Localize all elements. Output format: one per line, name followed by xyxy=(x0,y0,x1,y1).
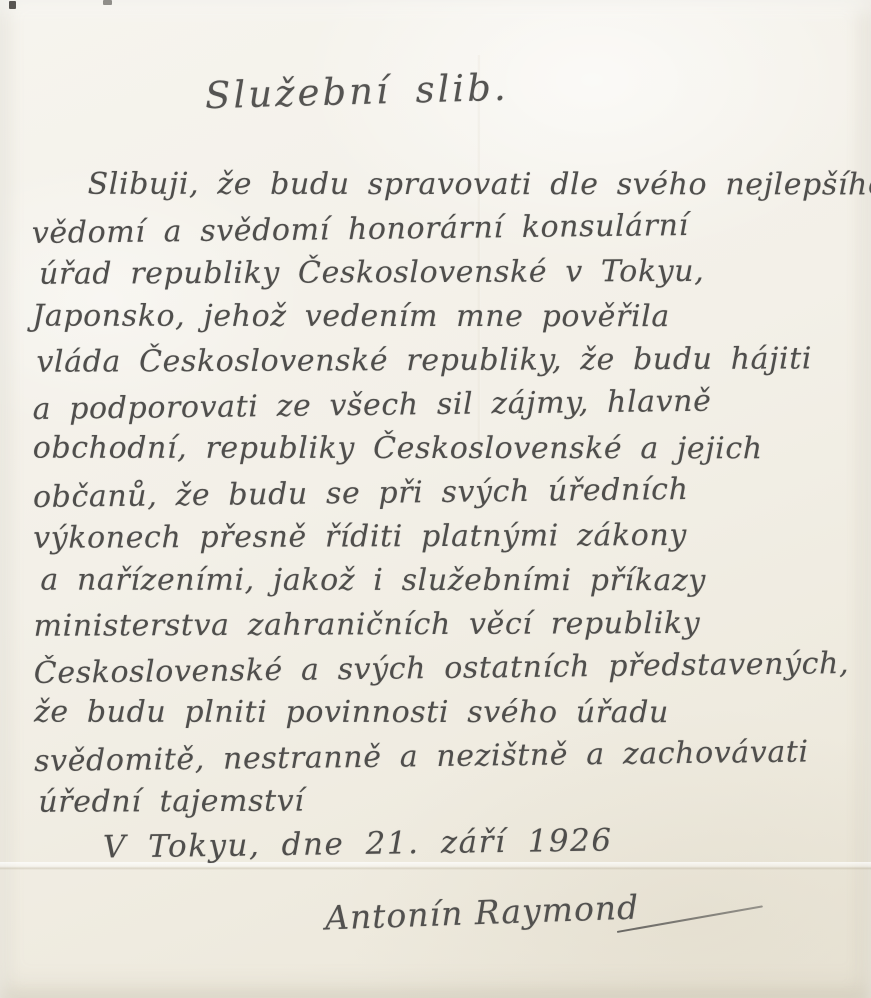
signature: Antonín Raymond xyxy=(324,888,639,938)
handwritten-line: Slibuji, že budu spravovati dle svého ne… xyxy=(32,163,847,208)
handwritten-line: vědomí a svědomí honorární konsulární xyxy=(32,202,847,256)
handwritten-line: úřední tajemství xyxy=(38,777,849,825)
handwritten-line: svědomitě, nestranně a nezištně a zachov… xyxy=(34,730,849,784)
handwritten-line: Japonsko, jehož vedením mne pověřila xyxy=(32,295,847,340)
handwritten-line: vláda Československé republiky, že budu … xyxy=(36,337,847,385)
letter-body: Slibuji, že budu spravovati dle svého ne… xyxy=(32,161,850,825)
handwritten-line: úřad republiky Československé v Tokyu, xyxy=(39,249,847,297)
scanned-letter-page: Služební slib. Slibuji, že budu spravova… xyxy=(0,0,871,998)
document-title: Služební slib. xyxy=(204,66,509,117)
handwritten-line: občanů, že budu se při svých úředních xyxy=(33,466,848,520)
handwritten-line: obchodní, republiky Československé a jej… xyxy=(33,427,848,472)
scan-speck xyxy=(103,0,112,5)
handwritten-line: výkonech přesně říditi platnými zákony xyxy=(33,513,848,561)
handwritten-line: Československé a svých ostatních předsta… xyxy=(34,642,849,696)
date-line: V Tokyu, dne 21. září 1926 xyxy=(103,822,613,865)
handwritten-line: ministerstva zahraničních věcí republiky xyxy=(33,601,848,649)
signature-block: Antonín Raymond xyxy=(325,893,639,932)
scan-speck xyxy=(9,1,16,9)
handwritten-line: a nařízeními, jakož i služebními příkazy xyxy=(40,559,848,604)
handwritten-line: a podporovati ze všech sil zájmy, hlavně xyxy=(32,378,847,432)
handwritten-line: že budu plniti povinnosti svého úřadu xyxy=(34,691,849,736)
